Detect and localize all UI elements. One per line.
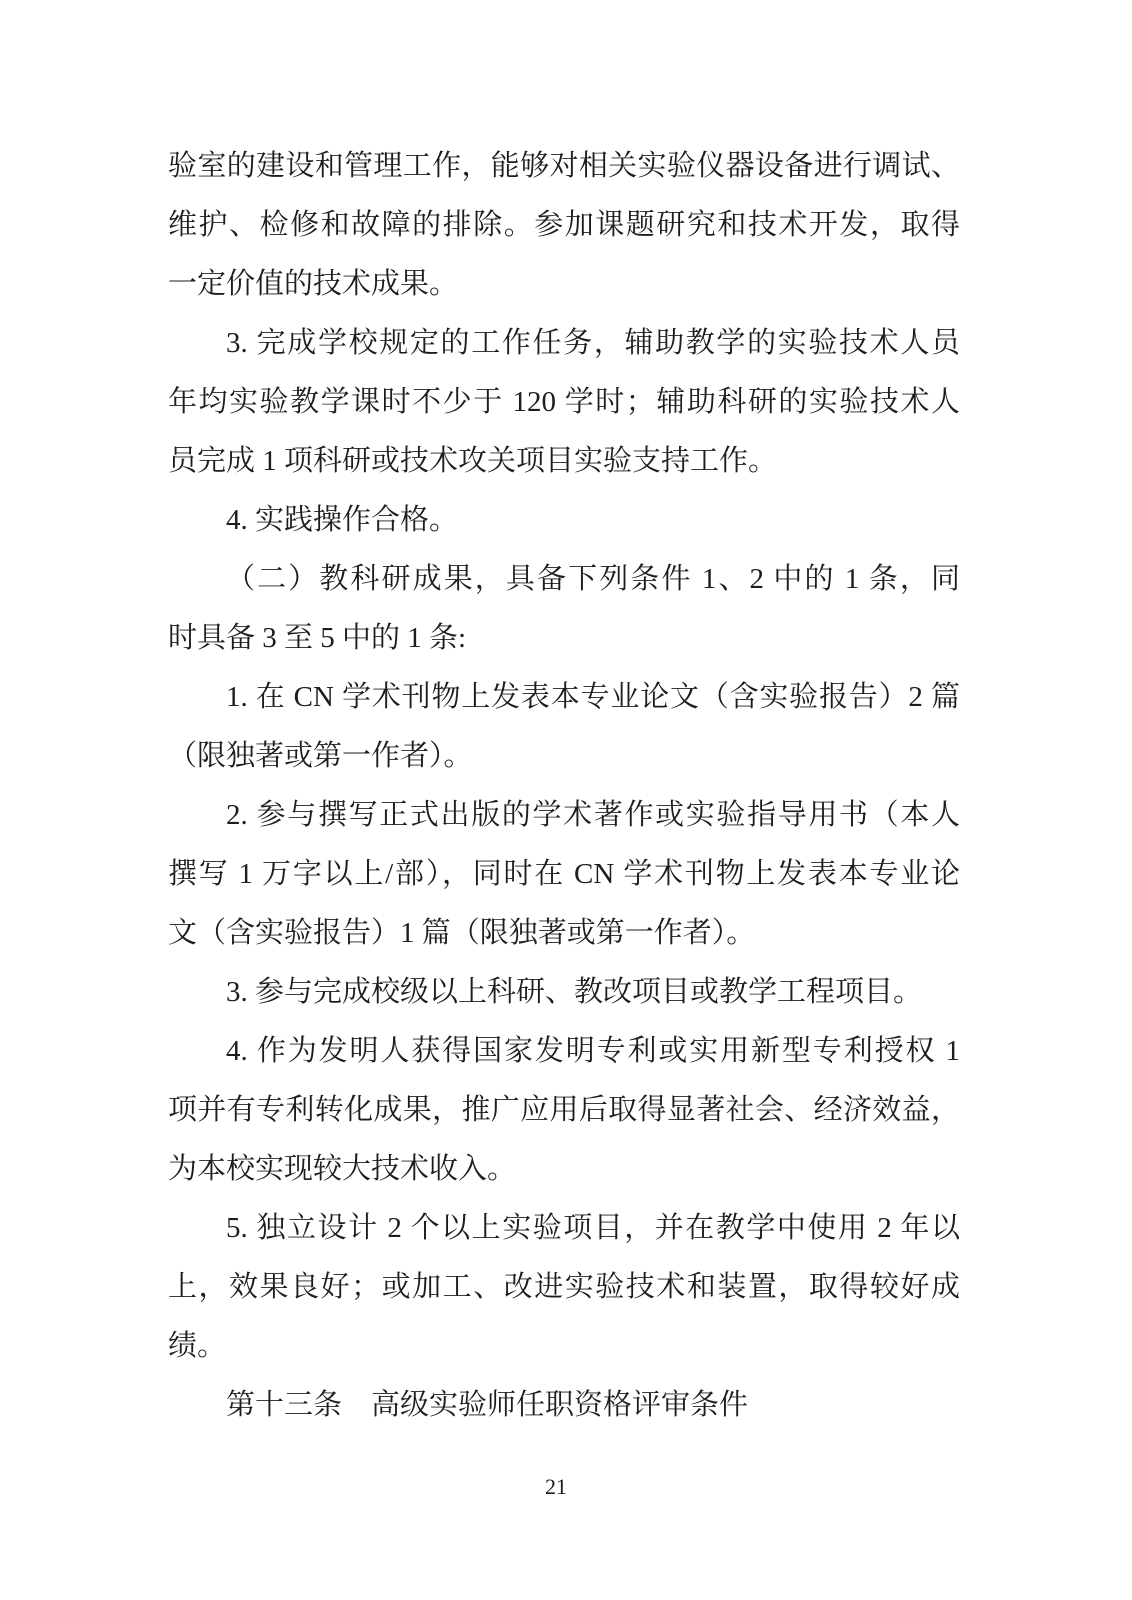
- text-line: 文（含实验报告）1 篇（限独著或第一作者）。: [168, 904, 960, 963]
- article-heading: 第十三条 高级实验师任职资格评审条件: [168, 1376, 960, 1435]
- text-line: 维护、检修和故障的排除。参加课题研究和技术开发，取得: [168, 196, 960, 255]
- text-line: 验室的建设和管理工作，能够对相关实验仪器设备进行调试、: [168, 137, 960, 196]
- text-line: （限独著或第一作者）。: [168, 727, 960, 786]
- document-page: 验室的建设和管理工作，能够对相关实验仪器设备进行调试、维护、检修和故障的排除。参…: [0, 0, 1132, 1600]
- text-line: 4. 实践操作合格。: [168, 491, 960, 550]
- text-line: 时具备 3 至 5 中的 1 条:: [168, 609, 960, 668]
- text-line: 绩。: [168, 1317, 960, 1376]
- text-line: 项并有专利转化成果，推广应用后取得显著社会、经济效益，: [168, 1081, 960, 1140]
- text-line: 3. 参与完成校级以上科研、教改项目或教学工程项目。: [168, 963, 960, 1022]
- text-line: 4. 作为发明人获得国家发明专利或实用新型专利授权 1: [168, 1022, 960, 1081]
- text-line: 员完成 1 项科研或技术攻关项目实验支持工作。: [168, 432, 960, 491]
- text-line: 为本校实现较大技术收入。: [168, 1140, 960, 1199]
- text-line: 1. 在 CN 学术刊物上发表本专业论文（含实验报告）2 篇: [168, 668, 960, 727]
- text-line: 年均实验教学课时不少于 120 学时；辅助科研的实验技术人: [168, 373, 960, 432]
- text-line: 撰写 1 万字以上/部），同时在 CN 学术刊物上发表本专业论: [168, 845, 960, 904]
- text-line: 3. 完成学校规定的工作任务，辅助教学的实验技术人员: [168, 314, 960, 373]
- text-line: 2. 参与撰写正式出版的学术著作或实验指导用书（本人: [168, 786, 960, 845]
- text-line: 一定价值的技术成果。: [168, 255, 960, 314]
- text-line: 上，效果良好；或加工、改进实验技术和装置，取得较好成: [168, 1258, 960, 1317]
- text-line: （二）教科研成果，具备下列条件 1、2 中的 1 条，同: [168, 550, 960, 609]
- text-line: 5. 独立设计 2 个以上实验项目，并在教学中使用 2 年以: [168, 1199, 960, 1258]
- document-body: 验室的建设和管理工作，能够对相关实验仪器设备进行调试、维护、检修和故障的排除。参…: [168, 137, 960, 1435]
- page-number: 21: [0, 1472, 1112, 1502]
